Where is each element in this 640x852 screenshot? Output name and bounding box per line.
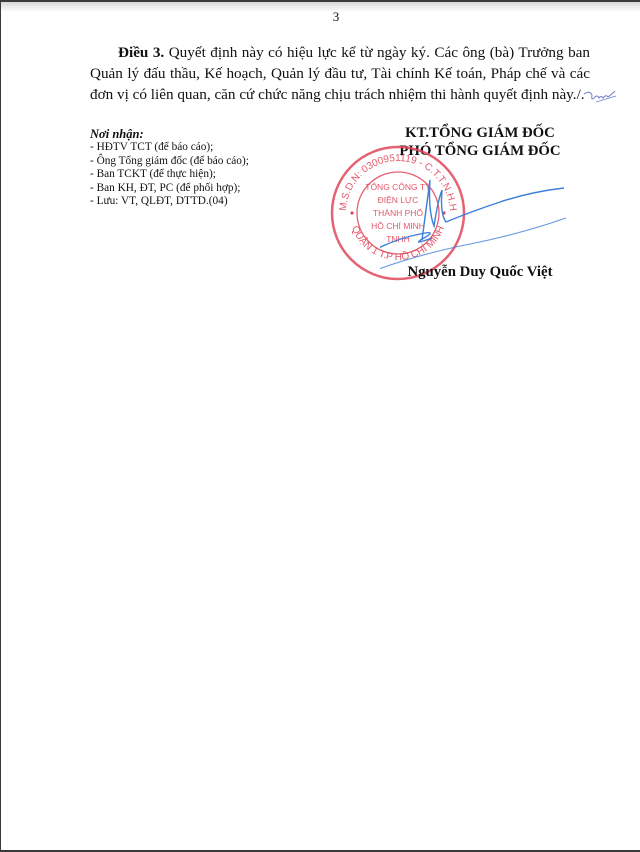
article-3: Điều 3. Quyết định này có hiệu lực kể từ… [90,42,590,105]
article-body: Quyết định này có hiệu lực kể từ ngày ký… [90,44,590,103]
recipient-item: - Ông Tổng giám đốc (để báo cáo); [90,155,249,169]
recipient-item: - Ban TCKT (để thực hiện); [90,168,249,182]
recipients-title: Nơi nhận: [90,127,249,141]
signature-title-line1: KT.TỔNG GIÁM ĐỐC [380,124,580,142]
recipient-item: - HĐTV TCT (để báo cáo); [90,141,249,155]
page-number: 3 [0,9,640,25]
recipient-item: - Lưu: VT, QLĐT, DTTD.(04) [90,195,249,209]
signer-name: Nguyễn Duy Quốc Việt [380,264,580,281]
article-heading: Điều 3. [118,44,164,61]
recipients-list: Nơi nhận: - HĐTV TCT (để báo cáo); - Ông… [90,127,249,209]
initials-mark-icon [582,86,618,106]
handwritten-signature-icon [380,170,580,270]
recipient-item: - Ban KH, ĐT, PC (để phối hợp); [90,182,249,196]
